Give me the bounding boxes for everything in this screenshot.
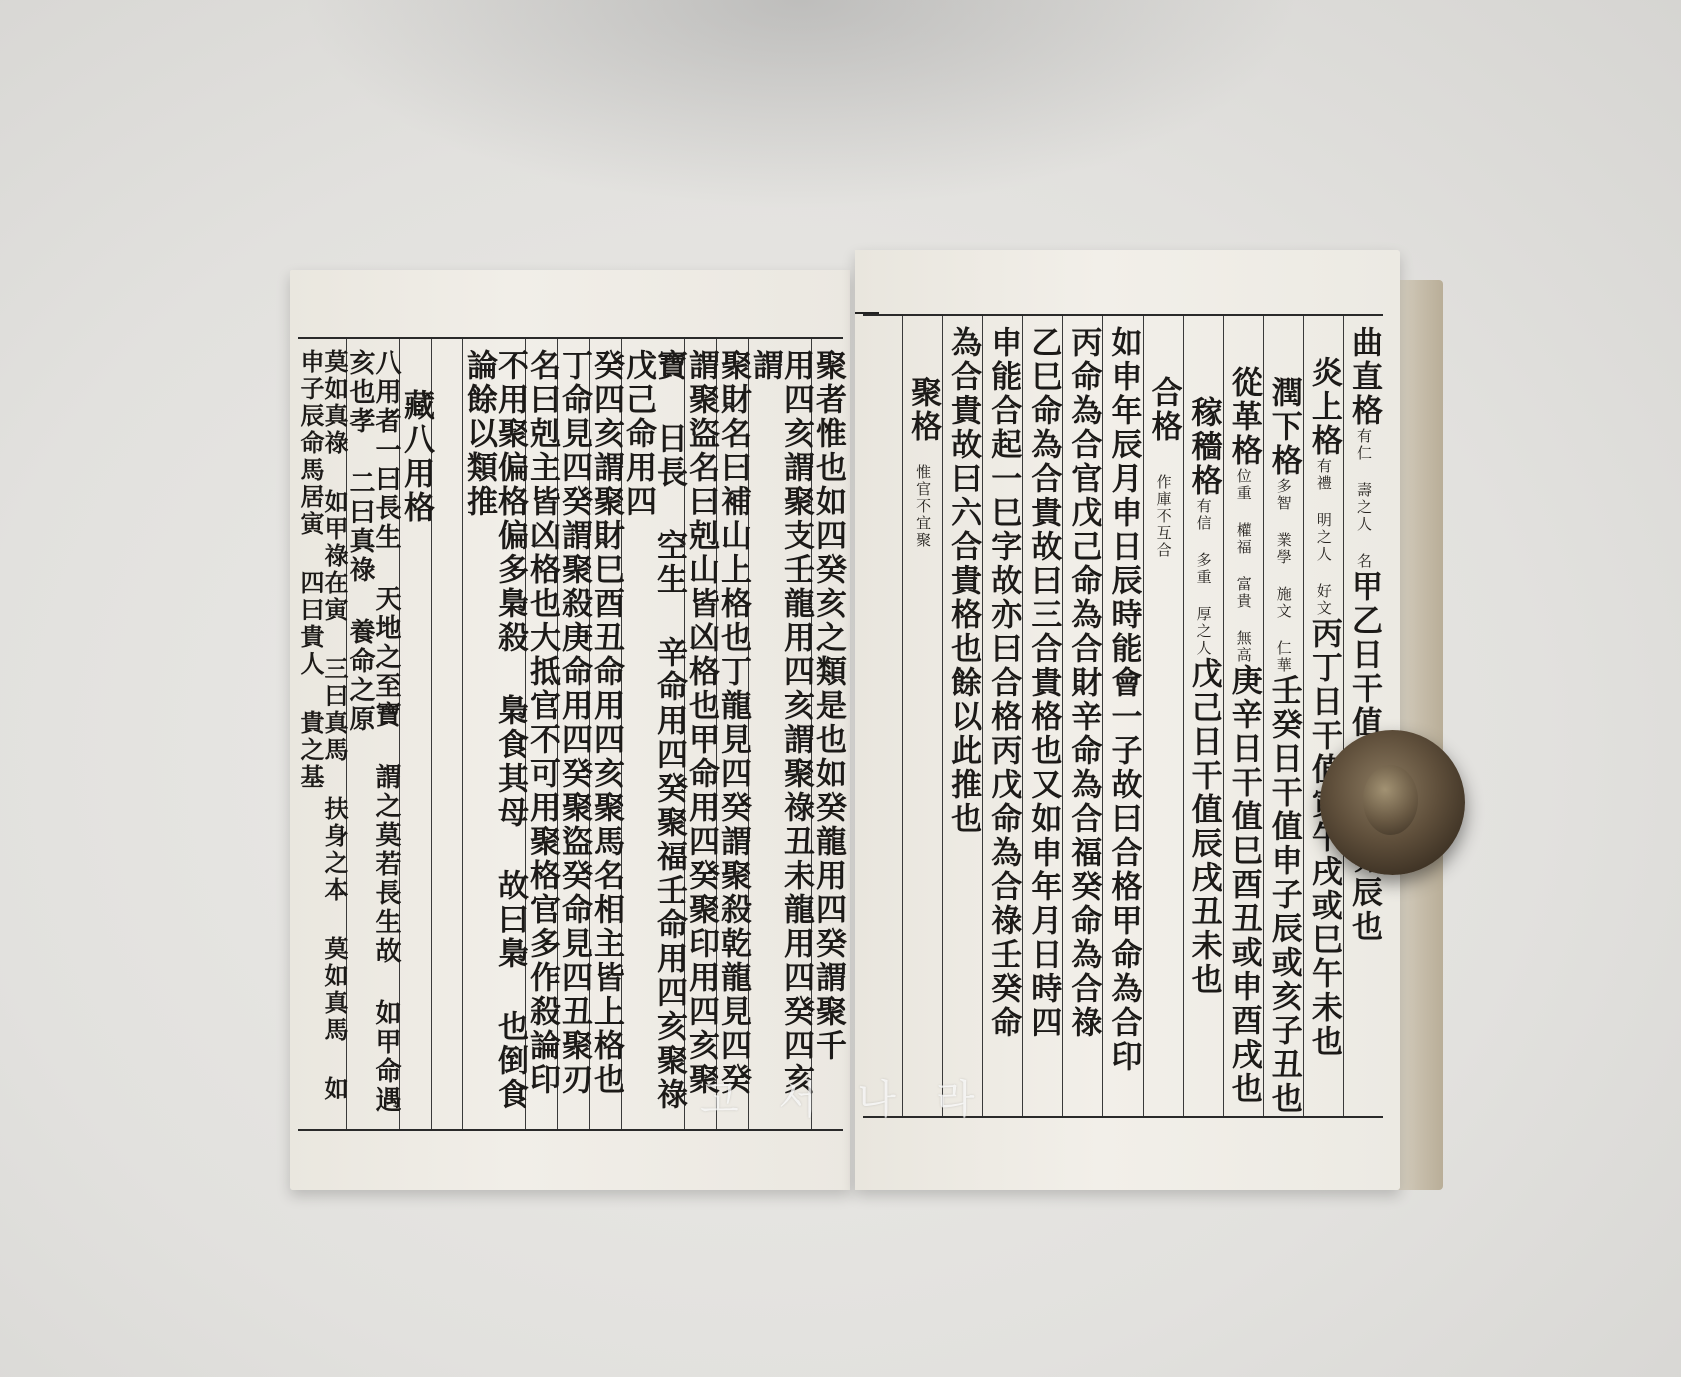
entry-title: 曲直格 [1348, 326, 1379, 428]
column-text: 丁命見四癸謂聚殺庚命用四癸聚盜癸命見四丑聚刃 [558, 349, 589, 1097]
entry-note: 位重 權福 富貴 無高 [1235, 468, 1252, 664]
entry-column: 潤下格 多智 業學 施文 仁華 壬癸日干值申子辰或亥子丑也 [1263, 316, 1303, 1116]
column-text: 為合貴故曰六合貴格也餘以此推也 [947, 326, 978, 836]
text-column-empty [431, 339, 462, 1129]
entry-title: 潤下格 [1268, 376, 1299, 478]
column-text: 八用者一曰長生 天地之至寶 謂之莫若長生故 如甲命遇亥也孝 二曰真祿 養命之原 [347, 349, 399, 1129]
text-column: 丁命見四癸謂聚殺庚命用四癸聚盜癸命見四丑聚刃 [557, 339, 589, 1129]
left-page: 聚者惟也如四癸亥之類是也如癸龍用四癸謂聚千 用四亥謂聚支壬龍用四亥謂聚祿丑未龍用… [290, 270, 850, 1190]
brass-book-weight [1320, 730, 1465, 875]
column-text: 乙巳命為合貴故曰三合貴格也又如申年月日時四 [1027, 326, 1058, 1040]
right-page-text-frame: 曲直格 有仁 壽之人 名 甲乙日干值亥或寅卯辰也 炎上格 有禮 明之人 好文 丙… [863, 314, 1383, 1118]
open-book: 聚者惟也如四癸亥之類是也如癸龍用四癸謂聚千 用四亥謂聚支壬龍用四亥謂聚祿丑未龍用… [290, 250, 1450, 1190]
text-column: 謂聚盜名曰剋山皆凶格也甲命用四癸聚印用四亥聚 [684, 339, 716, 1129]
text-column: 八用者一曰長生 天地之至寶 謂之莫若長生故 如甲命遇亥也孝 二曰真祿 養命之原 [346, 339, 399, 1129]
entry-column: 曲直格 有仁 壽之人 名 甲乙日干值亥或寅卯辰也 [1343, 316, 1383, 1116]
text-column: 如申年辰月申日辰時能會一子故曰合格甲命為合印 [1102, 316, 1142, 1116]
entry-note: 有信 多重 厚之人 [1195, 498, 1212, 657]
text-column: 莫如真祿 如甲祿在寅 三曰真馬 扶身之本 莫如真馬 如申子辰命馬居寅 四曰貴人 … [298, 339, 346, 1129]
text-column: 聚財名曰補山上格也丁龍見四癸謂聚殺乾龍見四癸 [716, 339, 748, 1129]
entry-note: 作庫不互合 [1155, 474, 1172, 559]
text-column: 用四亥謂聚支壬龍用四亥謂聚祿丑未龍用四癸四亥謂 [748, 339, 811, 1129]
column-text: 癸四亥謂聚財巳酉丑命用四亥聚馬名相主皆上格也 [590, 349, 621, 1097]
column-text: 申能合起一巳字故亦曰合格丙戊命為合祿壬癸命 [987, 326, 1018, 1040]
column-text: 謂聚盜名曰剋山皆凶格也甲命用四癸聚印用四亥聚 [685, 349, 716, 1097]
left-page-text-frame: 聚者惟也如四癸亥之類是也如癸龍用四癸謂聚千 用四亥謂聚支壬龍用四亥謂聚祿丑未龍用… [298, 337, 843, 1131]
entry-column: 聚格 惟官不宜聚 [902, 316, 942, 1116]
entry-title: 聚格 [907, 376, 938, 444]
section-heading: 藏八用格 [400, 389, 431, 525]
entry-text: 戊己日干值辰戌丑未也 [1188, 657, 1219, 997]
column-text: 名曰剋主皆凶格也大抵官不可用聚格官多作殺論印 [526, 349, 557, 1097]
text-column: 名曰剋主皆凶格也大抵官不可用聚格官多作殺論印 [525, 339, 557, 1129]
entry-column: 稼穡格 有信 多重 厚之人 戊己日干值辰戌丑未也 [1183, 316, 1223, 1116]
entry-column: 炎上格 有禮 明之人 好文 丙丁日干值寅午戌或巳午未也 [1303, 316, 1343, 1116]
text-column: 申能合起一巳字故亦曰合格丙戊命為合祿壬癸命 [982, 316, 1022, 1116]
column-text: 寶 日長 空生 辛命用四癸聚福壬命用四亥聚祿戊己命用四 [622, 349, 684, 1129]
text-column: 寶 日長 空生 辛命用四癸聚福壬命用四亥聚祿戊己命用四 [621, 339, 684, 1129]
text-column: 丙命為合官戊己命為合財辛命為合福癸命為合祿 [1062, 316, 1102, 1116]
entry-text: 庚辛日干值巳酉丑或申酉戌也 [1228, 664, 1259, 1106]
text-column: 癸四亥謂聚財巳酉丑命用四亥聚馬名相主皆上格也 [589, 339, 621, 1129]
weight-knob [1363, 765, 1418, 835]
watermark: 고서나라 [700, 1068, 1015, 1125]
text-column-empty [863, 316, 902, 1116]
shadow [300, 0, 1300, 210]
column-text: 丙命為合官戊己命為合財辛命為合福癸命為合祿 [1067, 326, 1098, 1040]
entry-note: 有禮 明之人 好文 [1315, 458, 1332, 617]
column-text: 不用聚偏格偏多梟殺 梟食其母 故曰梟 也倒食 論餘以類推 [463, 349, 525, 1129]
column-text: 用四亥謂聚支壬龍用四亥謂聚祿丑未龍用四癸四亥謂 [749, 349, 811, 1129]
text-column: 不用聚偏格偏多梟殺 梟食其母 故曰梟 也倒食 論餘以類推 [462, 339, 525, 1129]
text-column: 為合貴故曰六合貴格也餘以此推也 [942, 316, 982, 1116]
column-text: 如申年辰月申日辰時能會一子故曰合格甲命為合印 [1107, 326, 1138, 1074]
entry-text: 壬癸日干值申子辰或亥子丑也 [1268, 674, 1299, 1116]
column-text: 莫如真祿 如甲祿在寅 三曰真馬 扶身之本 莫如真馬 如申子辰命馬居寅 四曰貴人 … [298, 349, 346, 1129]
entry-title: 稼穡格 [1188, 396, 1219, 498]
entry-title: 合格 [1148, 376, 1179, 444]
column-text: 聚者惟也如四癸亥之類是也如癸龍用四癸謂聚千 [812, 349, 843, 1063]
text-column: 乙巳命為合貴故曰三合貴格也又如申年月日時四 [1022, 316, 1062, 1116]
text-column: 聚者惟也如四癸亥之類是也如癸龍用四癸謂聚千 [811, 339, 843, 1129]
entry-note: 有仁 壽之人 名 [1355, 428, 1372, 570]
entry-title: 從革格 [1228, 366, 1259, 468]
entry-note: 多智 業學 施文 仁華 [1275, 478, 1292, 674]
entry-column: 合格 作庫不互合 [1143, 316, 1183, 1116]
column-text: 聚財名曰補山上格也丁龍見四癸謂聚殺乾龍見四癸 [717, 349, 748, 1097]
entry-title: 炎上格 [1308, 356, 1339, 458]
right-page: 曲直格 有仁 壽之人 名 甲乙日干值亥或寅卯辰也 炎上格 有禮 明之人 好文 丙… [855, 250, 1400, 1190]
section-heading-column: 藏八用格 [399, 339, 431, 1129]
entry-column: 從革格 位重 權福 富貴 無高 庚辛日干值巳酉丑或申酉戌也 [1223, 316, 1263, 1116]
entry-note: 惟官不宜聚 [914, 464, 931, 549]
